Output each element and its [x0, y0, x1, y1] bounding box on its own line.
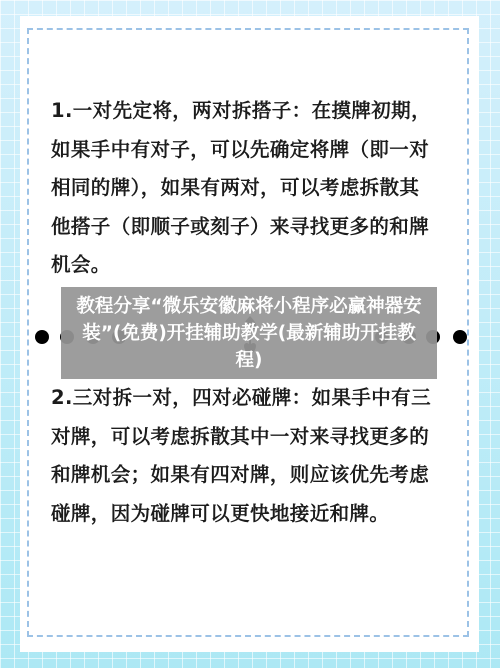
section-1-line: 机会。 — [51, 246, 463, 285]
overlay-title: 教程分享“微乐安徽麻将小程序必赢神器安装”(免费)开挂辅助教学(最新辅助开挂教程… — [69, 293, 429, 374]
dot-icon — [453, 330, 467, 344]
section-1-line: 相同的牌），如果有两对，可以考虑拆散其 — [51, 169, 463, 208]
section-2-paragraph: 2.三对拆一对，四对必碰牌：如果手中有三 对牌，可以考虑拆散其中一对来寻找更多的… — [51, 379, 463, 533]
section-1-line: 他搭子（即顺子或刻子）来寻找更多的和牌 — [51, 208, 463, 247]
section-1-line: 1.一对先定将，两对拆搭子：在摸牌初期， — [51, 92, 463, 131]
section-1-line: 如果手中有对子，可以先确定将牌（即一对 — [51, 131, 463, 170]
section-2-line: 碰牌，因为碰牌可以更快地接近和牌。 — [51, 495, 463, 534]
section-2-line: 对牌，可以考虑拆散其中一对来寻找更多的 — [51, 418, 463, 457]
section-2-line: 和牌机会；如果有四对牌，则应该优先考虑 — [51, 456, 463, 495]
section-1-paragraph: 1.一对先定将，两对拆搭子：在摸牌初期， 如果手中有对子，可以先确定将牌（即一对… — [51, 92, 463, 285]
dot-icon — [35, 330, 49, 344]
title-overlay: 教程分享“微乐安徽麻将小程序必赢神器安装”(免费)开挂辅助教学(最新辅助开挂教程… — [61, 287, 437, 379]
section-2-line: 2.三对拆一对，四对必碰牌：如果手中有三 — [51, 379, 463, 418]
